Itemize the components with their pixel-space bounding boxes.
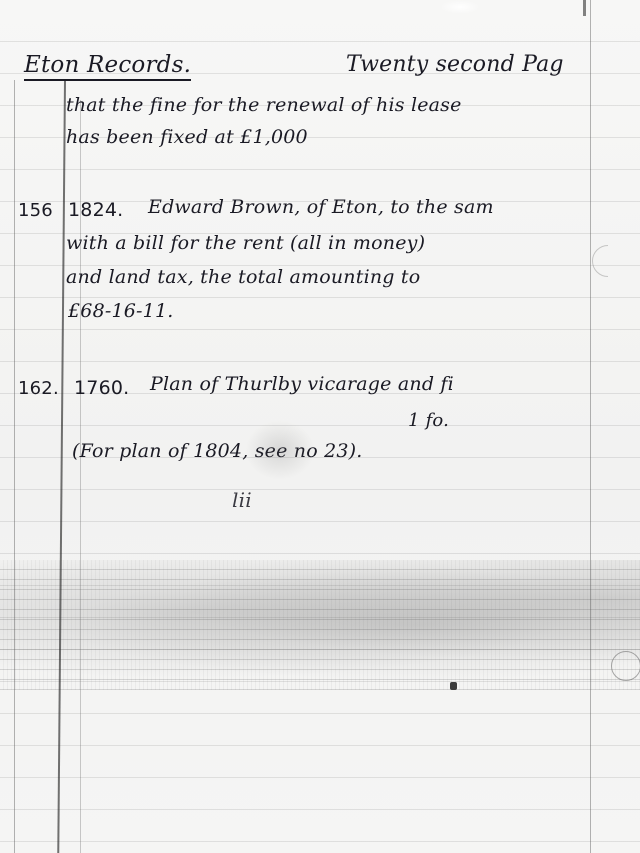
- entry-line: Edward Brown, of Eton, to the sam: [148, 196, 494, 218]
- entry-ref-number: 162.: [18, 378, 59, 399]
- dust-speck: [450, 682, 457, 690]
- continuation-line-2: has been fixed at £1,000: [66, 126, 308, 148]
- punch-hole-mark: [592, 245, 624, 277]
- continuation-line-1: that the fine for the renewal of his lea…: [66, 94, 462, 116]
- entry-ref-number: 156: [18, 200, 53, 221]
- entry-date: 1760.: [74, 377, 129, 399]
- entry-line: with a bill for the rent (all in money): [66, 232, 425, 254]
- entry-line: (For plan of 1804, see no 23).: [72, 440, 363, 462]
- photocopy-noise-band: [0, 560, 640, 690]
- page-label: Twenty second Pag: [346, 52, 564, 77]
- entry-line: Plan of Thurlby vicarage and fi: [150, 373, 454, 395]
- ink-mark: [583, 0, 586, 16]
- margin-line-outer: [14, 80, 15, 853]
- entry-line: £68-16-11.: [68, 300, 174, 322]
- record-page: Eton Records. Twenty second Pag that the…: [0, 0, 640, 853]
- folio-count: 1 fo.: [408, 410, 449, 431]
- page-annotation: lii: [232, 488, 252, 512]
- document-title: Eton Records.: [24, 52, 191, 81]
- margin-line-right: [590, 0, 591, 853]
- punch-hole-mark: [611, 651, 640, 681]
- margin-line-ref-column: [57, 80, 66, 853]
- light-glare: [440, 0, 480, 14]
- entry-date: 1824.: [68, 199, 123, 221]
- entry-line: and land tax, the total amounting to: [66, 266, 420, 288]
